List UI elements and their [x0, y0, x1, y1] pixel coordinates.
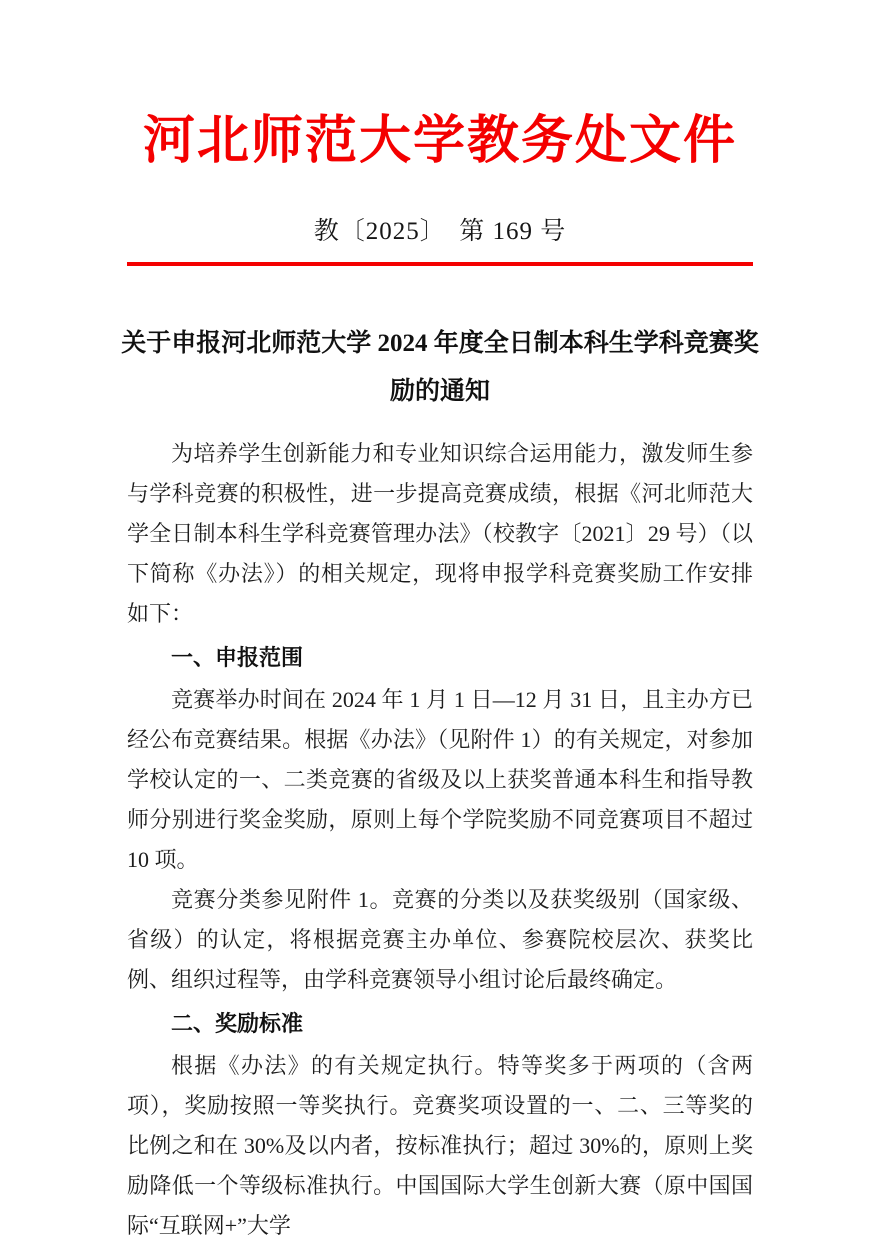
paragraph-scope-detail: 竞赛举办时间在 2024 年 1 月 1 日—12 月 31 日，且主办方已经公…	[127, 680, 753, 880]
header-title: 河北师范大学教务处文件	[0, 98, 880, 173]
paragraph-intro: 为培养学生创新能力和专业知识综合运用能力，激发师生参与学科竞赛的积极性，进一步提…	[127, 434, 753, 634]
section-heading-reward-standard: 二、奖励标准	[127, 1004, 753, 1044]
paragraph-classification: 竞赛分类参见附件 1。竞赛的分类以及获奖级别（国家级、省级）的认定，将根据竞赛主…	[127, 880, 753, 1000]
document-title: 关于申报河北师范大学 2024 年度全日制本科生学科竞赛奖励的通知	[110, 320, 770, 416]
section-heading-application-scope: 一、申报范围	[127, 638, 753, 678]
document-page: 河北师范大学教务处文件 教〔2025〕 第 169 号 关于申报河北师范大学 2…	[0, 0, 880, 1244]
doc-number: 教〔2025〕 第 169 号	[0, 211, 880, 247]
red-divider	[127, 262, 753, 266]
document-body: 为培养学生创新能力和专业知识综合运用能力，激发师生参与学科竞赛的积极性，进一步提…	[127, 434, 753, 1244]
paragraph-reward-detail: 根据《办法》的有关规定执行。特等奖多于两项的（含两项），奖励按照一等奖执行。竞赛…	[127, 1046, 753, 1244]
